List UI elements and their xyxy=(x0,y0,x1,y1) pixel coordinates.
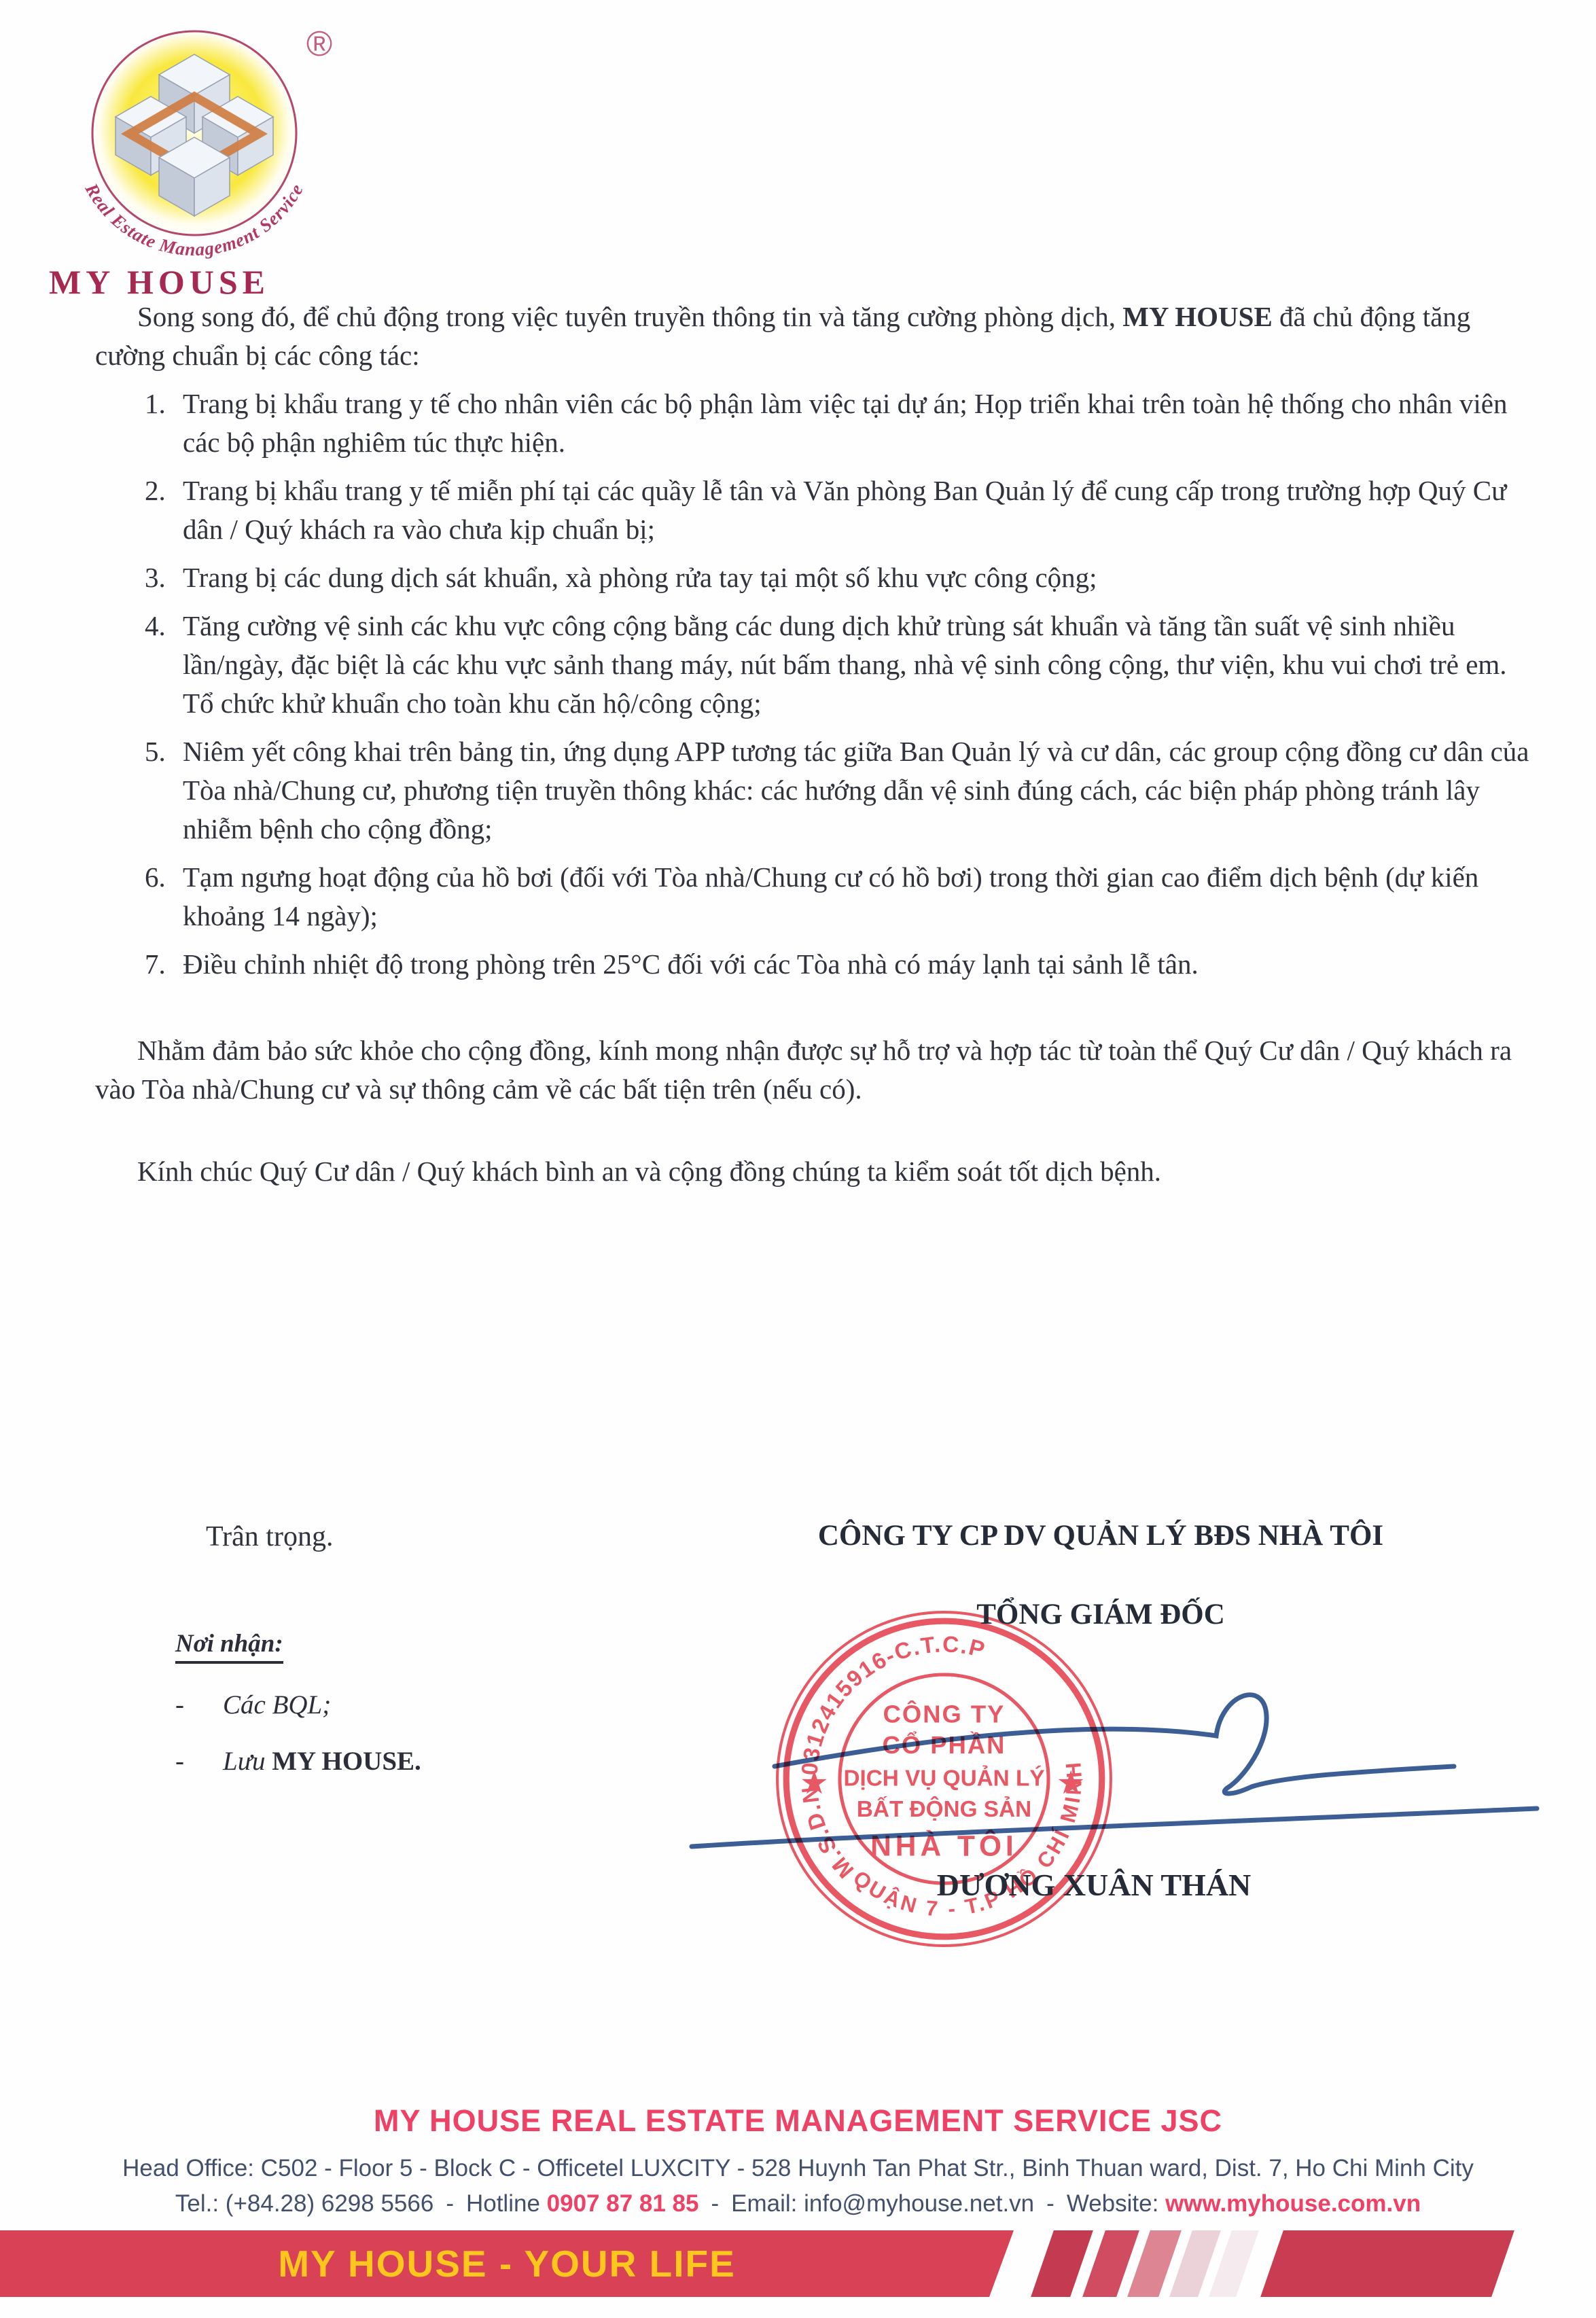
logo-brand-text: MY HOUSE xyxy=(49,262,270,302)
closing-paragraph-2: Kính chúc Quý Cư dân / Quý khách bình an… xyxy=(95,1152,1533,1191)
list-item-text: Niêm yết công khai trên bảng tin, ứng dụ… xyxy=(183,732,1533,849)
footer-hotline-number[interactable]: 0907 87 81 85 xyxy=(547,2190,699,2217)
letter-page: ® Real Estate Management Service MY HOUS… xyxy=(0,0,1596,2318)
recipient-text-bold: MY HOUSE. xyxy=(272,1747,421,1776)
closing-paragraph-1: Nhằm đảm bảo sức khỏe cho cộng đồng, kín… xyxy=(95,1031,1533,1109)
regards-text: Trân trọng. xyxy=(206,1520,333,1553)
logo-graphic: ® Real Estate Management Service xyxy=(45,16,344,295)
list-item-number: 6. xyxy=(145,858,183,935)
list-item-number: 4. xyxy=(145,607,183,723)
tagline-text: MY HOUSE - YOUR LIFE xyxy=(278,2243,736,2285)
handwritten-signature xyxy=(679,1651,1563,1868)
footer-tagline-bar: MY HOUSE - YOUR LIFE xyxy=(0,2230,1596,2297)
footer-email[interactable]: Email: info@myhouse.net.vn xyxy=(731,2190,1034,2217)
recipient-dash: - xyxy=(175,1746,223,1777)
list-item-text: Tạm ngưng hoạt động của hồ bơi (đối với … xyxy=(183,858,1533,935)
footer-contact-line: Tel.: (+84.28) 6298 5566-Hotline 0907 87… xyxy=(0,2190,1596,2217)
list-item: 2. Trang bị khẩu trang y tế miễn phí tại… xyxy=(145,471,1533,549)
recipients-heading: Nơi nhận: xyxy=(175,1629,283,1664)
footer-address: Head Office: C502 - Floor 5 - Block C - … xyxy=(0,2155,1596,2182)
recipient-item: - Lưu MY HOUSE. xyxy=(175,1746,421,1777)
recipient-text: Lưu MY HOUSE. xyxy=(223,1746,421,1777)
tagline-red-bar: MY HOUSE - YOUR LIFE xyxy=(0,2230,1014,2297)
list-item-number: 7. xyxy=(145,945,183,984)
recipient-text-italic: Lưu xyxy=(223,1747,272,1776)
footer-website-link[interactable]: www.myhouse.com.vn xyxy=(1165,2190,1421,2217)
footer-tel: Tel.: (+84.28) 6298 5566 xyxy=(175,2190,433,2217)
footer-separator: - xyxy=(433,2190,466,2217)
list-item-text: Điều chỉnh nhiệt độ trong phòng trên 25°… xyxy=(183,945,1533,984)
list-item-number: 2. xyxy=(145,471,183,549)
decorative-stripe xyxy=(1260,2230,1514,2297)
signature-company-name: CÔNG TY CP DV QUẢN LÝ BĐS NHÀ TÔI xyxy=(713,1519,1488,1552)
recipient-dash: - xyxy=(175,1690,223,1720)
list-item: 1. Trang bị khẩu trang y tế cho nhân viê… xyxy=(145,385,1533,462)
list-item: 5. Niêm yết công khai trên bảng tin, ứng… xyxy=(145,732,1533,849)
recipient-text: Các BQL; xyxy=(223,1690,331,1720)
decorative-stripe xyxy=(1031,2230,1093,2297)
footer-website-label: Website: xyxy=(1067,2190,1159,2217)
footer-separator: - xyxy=(698,2190,731,2217)
signer-name: DƯƠNG XUÂN THÁN xyxy=(741,1867,1447,1903)
company-logo: ® Real Estate Management Service MY HOUS… xyxy=(45,16,344,329)
list-item-text: Trang bị các dung dịch sát khuẩn, xà phò… xyxy=(183,558,1533,597)
recipients-block: Nơi nhận: - Các BQL; - Lưu MY HOUSE. xyxy=(175,1629,421,1777)
list-item-text: Tăng cường vệ sinh các khu vực công cộng… xyxy=(183,607,1533,723)
footer-company-name: MY HOUSE REAL ESTATE MANAGEMENT SERVICE … xyxy=(0,2103,1596,2139)
list-item: 6. Tạm ngưng hoạt động của hồ bơi (đối v… xyxy=(145,858,1533,935)
registered-trademark-icon: ® xyxy=(306,24,332,64)
list-item: 3. Trang bị các dung dịch sát khuẩn, xà … xyxy=(145,558,1533,597)
footer-separator: - xyxy=(1034,2190,1067,2217)
intro-brand-bold: MY HOUSE xyxy=(1122,301,1273,332)
list-item-number: 3. xyxy=(145,558,183,597)
signature-title: TỔNG GIÁM ĐỐC xyxy=(713,1598,1488,1631)
list-item: 4. Tăng cường vệ sinh các khu vực công c… xyxy=(145,607,1533,723)
list-item-text: Trang bị khẩu trang y tế cho nhân viên c… xyxy=(183,385,1533,462)
recipient-item: - Các BQL; xyxy=(175,1690,421,1720)
list-item-number: 1. xyxy=(145,385,183,462)
footer-hotline-label: Hotline xyxy=(466,2190,540,2217)
intro-paragraph: Song song đó, để chủ động trong việc tuy… xyxy=(95,298,1533,375)
list-item: 7. Điều chỉnh nhiệt độ trong phòng trên … xyxy=(145,945,1533,984)
list-item-number: 5. xyxy=(145,732,183,849)
list-item-text: Trang bị khẩu trang y tế miễn phí tại cá… xyxy=(183,471,1533,549)
letter-body: Song song đó, để chủ động trong việc tuy… xyxy=(95,298,1533,1191)
intro-text-before: Song song đó, để chủ động trong việc tuy… xyxy=(137,301,1122,332)
